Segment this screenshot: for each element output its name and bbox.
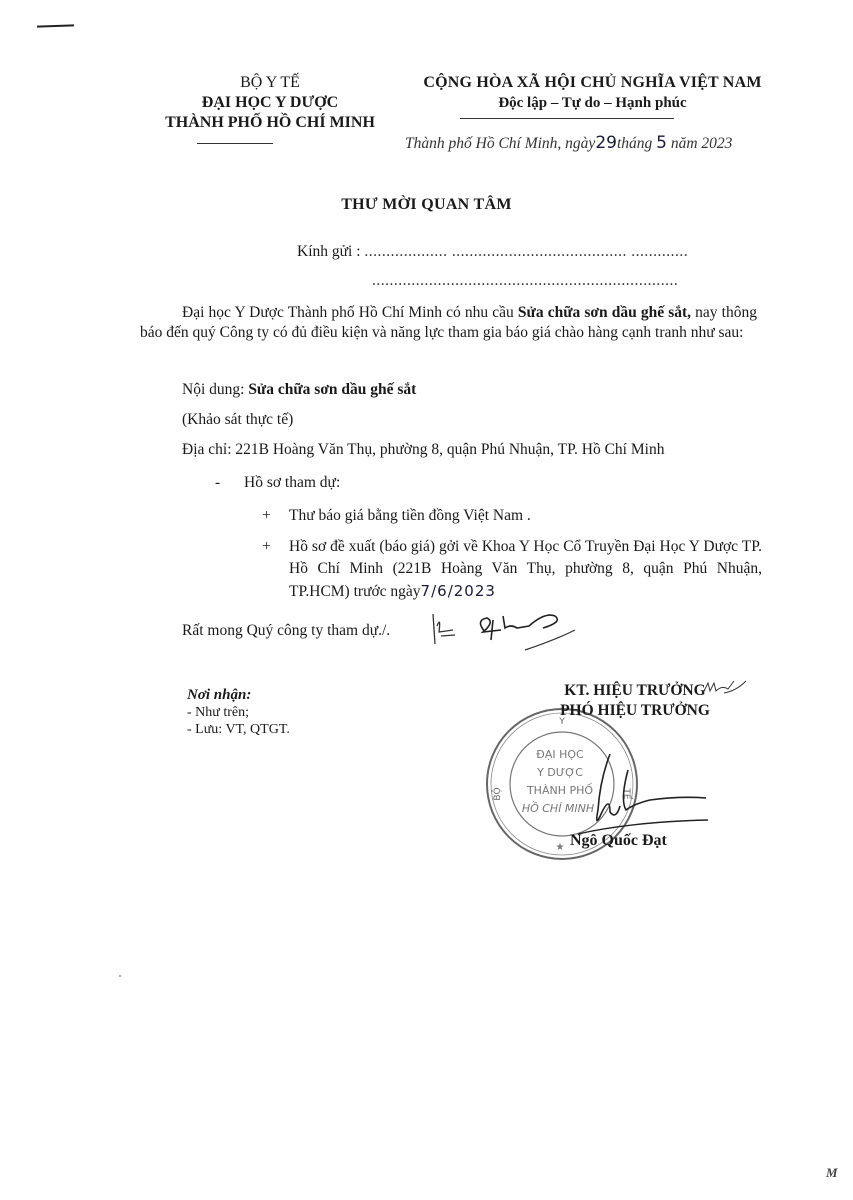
intro-text: Đại học Y Dược Thành phố Hồ Chí Minh có … — [182, 304, 518, 321]
closing-line: Rất mong Quý công ty tham dự./. — [182, 622, 390, 640]
recipient-line: Kính gửi : ................... .........… — [297, 243, 688, 261]
signer-name: Ngô Quốc Đạt — [570, 832, 667, 850]
content-value: Sửa chữa sơn dầu ghế sắt — [248, 381, 416, 398]
svg-text:★: ★ — [556, 842, 565, 853]
initials-signature — [425, 606, 585, 658]
page-mark: M — [826, 1165, 838, 1181]
dossier-item-2: + Hồ sơ đề xuất (báo giá) gởi về Khoa Y … — [262, 536, 762, 603]
recipients-list: Nơi nhận: - Như trên; - Lưu: VT, QTGT. — [187, 687, 290, 738]
national-header: CỘNG HÒA XÃ HỘI CHỦ NGHĨA VIỆT NAM Độc l… — [385, 73, 800, 113]
university-name-line2: THÀNH PHỐ HỒ CHÍ MINH — [120, 113, 420, 133]
date-month-label: tháng — [617, 135, 652, 152]
content-label: Nội dung: — [182, 381, 248, 398]
content-line: Nội dung: Sửa chữa sơn dầu ghế sắt — [182, 381, 416, 399]
dossier-label: Hồ sơ tham dự: — [244, 474, 340, 491]
scan-corner-mark — [37, 24, 74, 27]
recipient-item: - Như trên; — [187, 704, 290, 721]
date-day: 29 — [595, 133, 617, 153]
dossier-item-text: Thư báo giá bằng tiền đồng Việt Nam . — [289, 505, 762, 527]
recipient-item: - Lưu: VT, QTGT. — [187, 721, 290, 738]
handwritten-deadline: 7/6/2023 — [421, 582, 496, 600]
plus-marker: + — [262, 505, 271, 527]
intro-paragraph: Đại học Y Dược Thành phố Hồ Chí Minh có … — [140, 303, 757, 343]
nation-title: CỘNG HÒA XÃ HỘI CHỦ NGHĨA VIỆT NAM — [385, 73, 800, 93]
recipient-line-2: ........................................… — [372, 272, 678, 290]
director-signature — [570, 750, 710, 840]
date-year: năm 2023 — [671, 135, 733, 152]
initial-mark — [700, 675, 750, 699]
date-month: 5 — [656, 133, 667, 153]
dash-marker: - — [215, 474, 244, 492]
left-header-rule — [197, 143, 273, 144]
survey-note: (Khảo sát thực tế) — [182, 411, 293, 429]
date-prefix: Thành phố Hồ Chí Minh, ngày — [405, 135, 595, 152]
university-name-line1: ĐẠI HỌC Y DƯỢC — [120, 93, 420, 113]
stamp-ring-left: BỘ — [491, 787, 503, 800]
plus-marker: + — [262, 536, 271, 558]
dossier-item-2-text: Hồ sơ đề xuất (báo giá) gởi về Khoa Y Họ… — [289, 538, 762, 600]
right-header-rule — [460, 118, 674, 119]
intro-subject: Sửa chữa sơn dầu ghế sắt, — [518, 304, 691, 321]
recipients-heading: Nơi nhận: — [187, 687, 290, 704]
dossier-item-text: Hồ sơ đề xuất (báo giá) gởi về Khoa Y Họ… — [289, 536, 762, 603]
address-line: Địa chỉ: 221B Hoàng Văn Thụ, phường 8, q… — [182, 441, 664, 459]
document-title: THƯ MỜI QUAN TÂM — [0, 196, 853, 214]
dossier-item-1: + Thư báo giá bằng tiền đồng Việt Nam . — [262, 505, 762, 527]
recipient-blank-1: ................... ....................… — [364, 243, 688, 260]
recipient-label: Kính gửi : — [297, 243, 361, 260]
ministry-name: BỘ Y TẾ — [120, 73, 420, 93]
issuing-agency-header: BỘ Y TẾ ĐẠI HỌC Y DƯỢC THÀNH PHỐ HỒ CHÍ … — [120, 73, 420, 133]
national-motto: Độc lập – Tự do – Hạnh phúc — [385, 93, 800, 113]
date-line: Thành phố Hồ Chí Minh, ngày29tháng 5 năm… — [405, 133, 732, 153]
scan-speck — [117, 973, 123, 979]
signer-title-2: PHÓ HIỆU TRƯỞNG — [520, 701, 750, 721]
recipient-blank-2: ........................................… — [372, 272, 678, 289]
dossier-heading: -Hồ sơ tham dự: — [215, 474, 340, 492]
